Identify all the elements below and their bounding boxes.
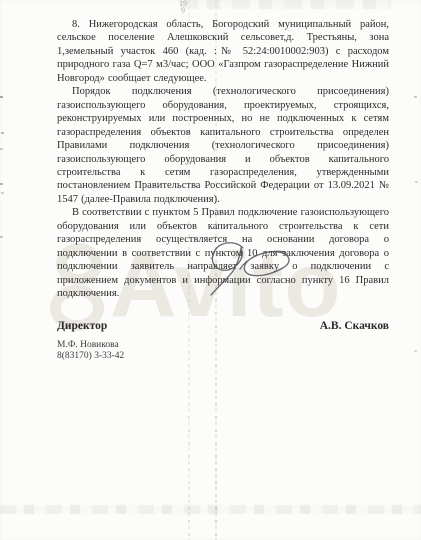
signer-name: А.В. Скачков <box>320 320 389 333</box>
document-body: 8. Нижегородская область, Богородский му… <box>57 18 389 363</box>
paragraph-location-request: 8. Нижегородская область, Богородский му… <box>57 18 389 85</box>
scanned-document-page: Avito 19 9 8. Нижегородская область, Бог… <box>0 0 421 540</box>
edge-specks <box>0 0 3 2</box>
signature-row: Директор А.В. Скачков <box>57 320 389 333</box>
contact-phone: 8(83170) 3-33-42 <box>57 351 389 363</box>
paragraph-connection-rules: Порядок подключения (технологического пр… <box>57 85 389 206</box>
contact-block: М.Ф. Новикова 8(83170) 3-33-42 <box>57 340 389 363</box>
handwritten-signature <box>205 239 297 301</box>
contact-name: М.Ф. Новикова <box>57 340 389 352</box>
scan-noise-band-top <box>180 0 391 9</box>
signer-role: Директор <box>57 320 107 333</box>
scan-noise-band-bottom <box>0 505 421 514</box>
